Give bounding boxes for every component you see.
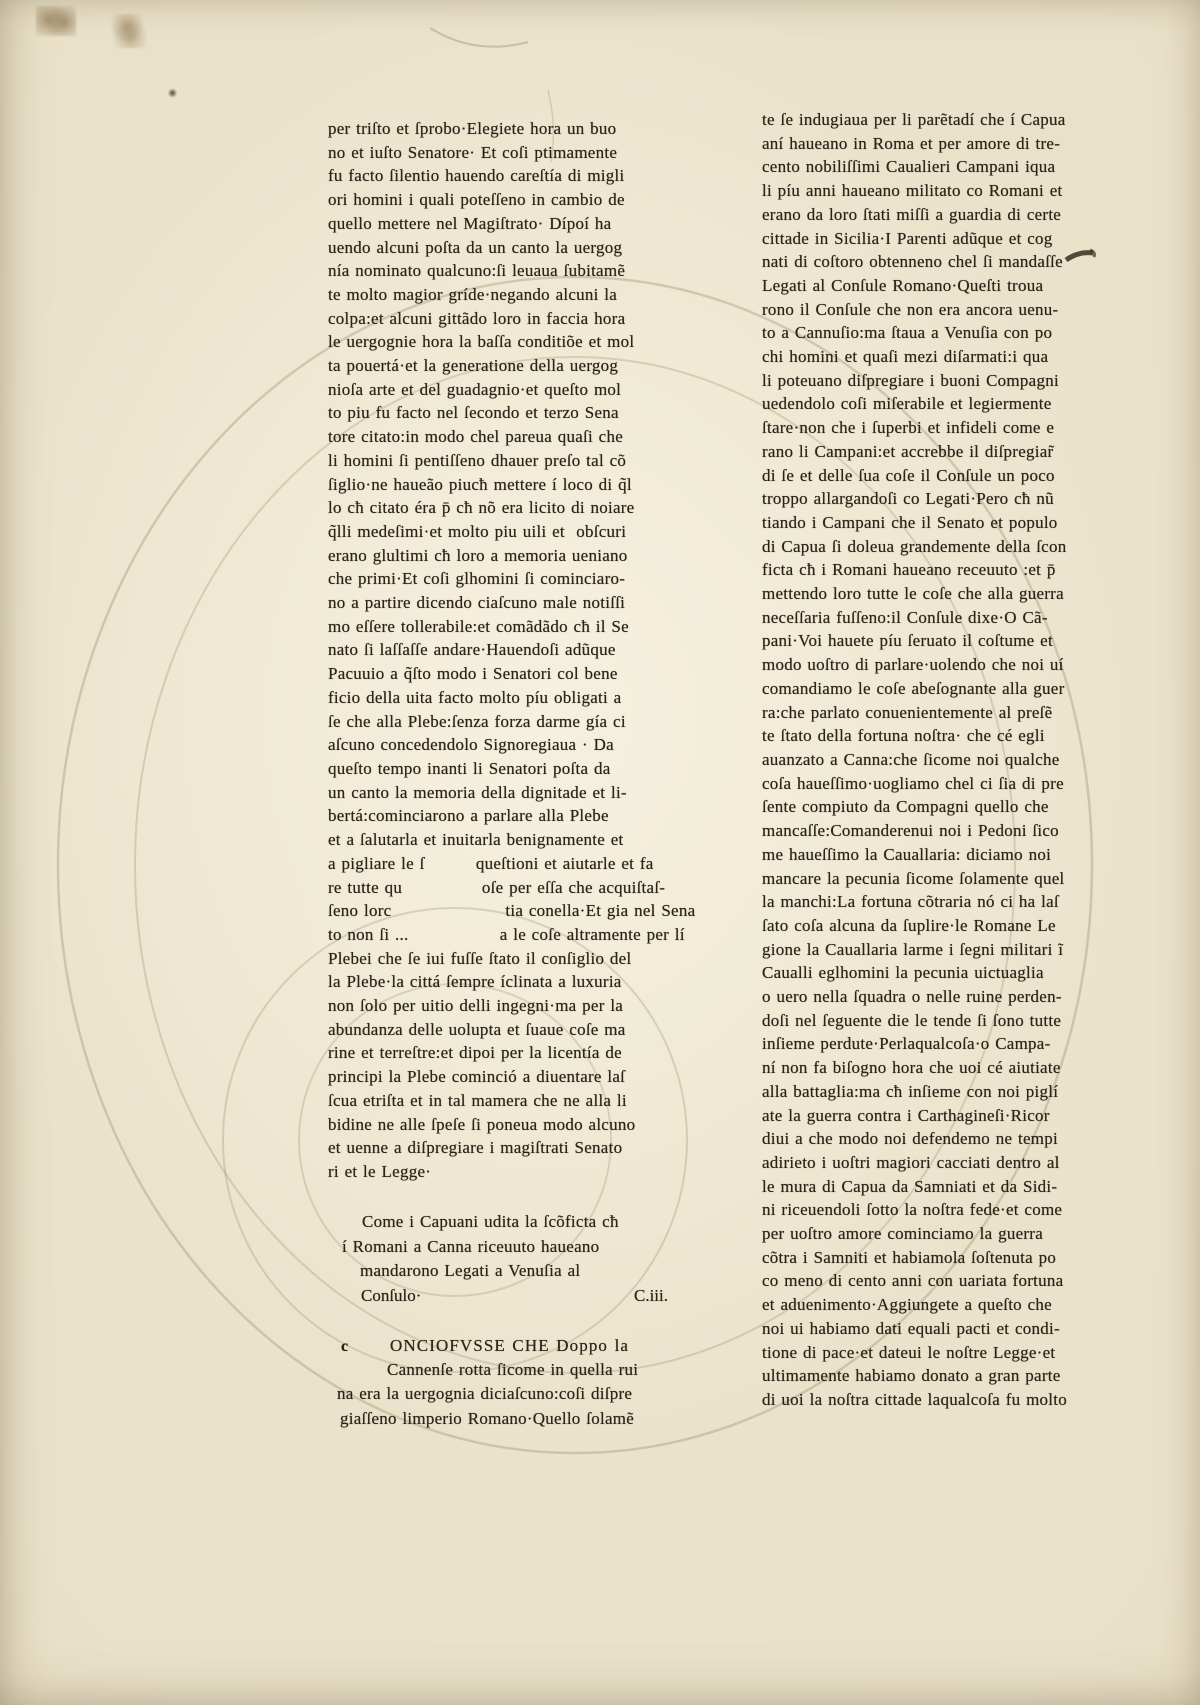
text-line: Cannenſe rotta ſicome in quella rui: [387, 1358, 673, 1382]
text-line: te molto magior gríde·negando alcuni la: [328, 283, 658, 307]
text-line: modo uoſtro di parlare·uolendo che noi u…: [762, 653, 1096, 677]
text-line: bertá:cominciarono a parlare alla Plebe: [328, 804, 658, 828]
text-line: te ſtato della fortuna noſtra· che cé eg…: [762, 724, 1096, 748]
text-line: di ſe et delle ſua coſe il Conſule un po…: [762, 464, 1096, 488]
text-line: to piu fu facto nel ſecondo et terzo Sen…: [328, 401, 658, 425]
text-line: ficio della uita facto molto píu obligat…: [328, 686, 658, 710]
text-line: neceſſaria fuſſeno:il Conſule dixe·O Cã-: [762, 606, 1096, 630]
text-line: lo cħ citato éra p̄ cħ nõ era licito di …: [328, 496, 658, 520]
text-line: auanzato a Canna:che ſicome noi qualche: [762, 748, 1096, 772]
text-line: ſe che alla Plebe:ſenza forza darme gía …: [328, 710, 658, 734]
text-line: che primi·Et coſi glhomini ſi cominciaro…: [328, 567, 658, 591]
text-line: ate la guerra contra i Carthagineſi·Rico…: [762, 1104, 1096, 1128]
initial-guide-letter: c: [341, 1338, 348, 1356]
text-line: ONCIOFVSSE CHE Doppo la: [390, 1334, 673, 1358]
incipit-lines: ONCIOFVSSE CHE Doppo laCannenſe rotta ſi…: [328, 1334, 673, 1431]
text-line: diui a che modo noi defendemo ne tempi: [762, 1127, 1096, 1151]
text-line: pani·Voi hauete píu ſeruato il coſtume e…: [762, 629, 1096, 653]
text-line: nati di coſtoro obtenneno chel ſi mandaſ…: [762, 250, 1096, 274]
text-line: aſcuno concedendolo Signoregiaua · Da: [328, 733, 658, 757]
chapter-number: C.iii.: [634, 1284, 668, 1309]
text-line: mettendo loro tutte le coſe che alla gue…: [762, 582, 1096, 606]
text-line: uedendolo coſi miſerabile et legiermente: [762, 392, 1096, 416]
text-line: bidine ne alle ſpeſe ſi poneua modo alcu…: [328, 1113, 658, 1137]
text-line: mandarono Legati a Venuſia al: [360, 1259, 668, 1284]
incunabulum-page-scan: per triſto et ſprobo·Elegiete hora un bu…: [0, 0, 1200, 1705]
text-line: ni riceuendoli ſotto la noſtra fede·et c…: [762, 1198, 1096, 1222]
text-line: queſto tempo inanti li Senatori poſta da: [328, 757, 658, 781]
text-line: to a Cannuſio:ma ſtaua a Venuſia con po: [762, 321, 1096, 345]
text-line: ſcua etriſta et in tal mamera che ne all…: [328, 1089, 658, 1113]
text-line: di uoi la noſtra cittade laqualcoſa fu m…: [762, 1388, 1096, 1412]
chapter-heading-lines: Come i Capuani udita la ſcõficta cħí Rom…: [328, 1210, 668, 1284]
text-line: cõtra i Samniti et habiamola ſoſtenuta p…: [762, 1246, 1096, 1270]
text-line: nía nominato qualcuno:ſi leuaua ſubitamẽ: [328, 259, 658, 283]
text-line: gione la Cauallaria larme i ſegni milita…: [762, 938, 1096, 962]
text-line: li poteuano diſpregiare i buoni Compagni: [762, 369, 1096, 393]
text-line: le mura di Capua da Samniati et da Sidi-: [762, 1175, 1096, 1199]
text-line: a pigliare le ſ queſtioni et aiutarle et…: [328, 852, 658, 876]
text-line: adirieto i uoſtri magiori cacciati dentr…: [762, 1151, 1096, 1175]
text-line: quello mettere nel Magiſtrato· Dípoí ha: [328, 212, 658, 236]
text-line: ra:che parlato conuenientemente al preſẽ: [762, 701, 1096, 725]
text-line: giaſſeno limperio Romano·Quello ſolamẽ: [340, 1407, 673, 1431]
text-line: et a ſalutarla et inuitarla benignamente…: [328, 828, 658, 852]
text-line: ta pouertá·et la generatione della uergo…: [328, 354, 658, 378]
text-line: la Plebe·la cittá ſempre íclinata a luxu…: [328, 970, 658, 994]
ink-smudge: [36, 6, 76, 36]
text-line: ſiglio·ne haueão piucħ mettere í loco di…: [328, 473, 658, 497]
text-line: doſi nel ſeguente die le tende ſi ſono t…: [762, 1009, 1096, 1033]
text-line: ori homini i quali poteſſeno in cambio d…: [328, 188, 658, 212]
text-line: na era la uergognia diciaſcuno:coſi diſp…: [337, 1382, 673, 1406]
text-line: te ſe indugiaua per li parẽtadí che í Ca…: [762, 108, 1096, 132]
right-column-lines: te ſe indugiaua per li parẽtadí che í Ca…: [762, 108, 1096, 1412]
text-line: mo eſſere tollerabile:et comãdãdo cħ il …: [328, 615, 658, 639]
text-line: nato ſi laſſaſſe andare·Hauendoſi adũque: [328, 638, 658, 662]
text-line: ſeno lorc tia conella·Et gia nel Sena: [328, 899, 658, 923]
text-line: chi homini et quaſi mezi diſarmati:i qua: [762, 345, 1096, 369]
text-line: co meno di cento anni con uariata fortun…: [762, 1269, 1096, 1293]
text-line: cittade in Sicilia·I Parenti adũque et c…: [762, 227, 1096, 251]
text-line: le uergognie hora la baſſa conditiõe et …: [328, 330, 658, 354]
chapter-heading-last-line: Conſulo· C.iii.: [361, 1284, 668, 1309]
text-line: mancare la pecunia ſicome ſolamente quel: [762, 867, 1096, 891]
text-line: rine et terreſtre:et dipoi per la licent…: [328, 1041, 658, 1065]
text-line: Come i Capuani udita la ſcõficta cħ: [362, 1210, 668, 1235]
text-line: rono il Conſule che non era ancora uenu-: [762, 298, 1096, 322]
right-text-column: te ſe indugiaua per li parẽtadí che í Ca…: [762, 108, 1096, 1412]
text-line: tiando i Campani che il Senato et populo: [762, 511, 1096, 535]
scratch-mark: [430, 28, 528, 47]
ink-smudge: [112, 14, 146, 48]
text-line: ultimamente habiamo donato a gran parte: [762, 1364, 1096, 1388]
text-line: principi la Plebe cominció a diuentare l…: [328, 1065, 658, 1089]
text-line: ri et le Legge·: [328, 1160, 658, 1184]
chapter-heading: Come i Capuani udita la ſcõficta cħí Rom…: [328, 1210, 668, 1308]
text-line: coſa haueſſimo·uogliamo chel ci ſia di p…: [762, 772, 1096, 796]
text-line: noi ui habiamo dati equali pacti et cond…: [762, 1317, 1096, 1341]
text-line: no a partire dicendo ciaſcuno male notiſ…: [328, 591, 658, 615]
text-line: rano li Campani:et accrebbe il diſpregia…: [762, 440, 1096, 464]
text-line: o uero nella ſquadra o nelle ruine perde…: [762, 985, 1096, 1009]
text-line: per triſto et ſprobo·Elegiete hora un bu…: [328, 117, 658, 141]
text-line: abundanza delle uolupta et ſuaue coſe ma: [328, 1018, 658, 1042]
text-line: mancaſſe:Comanderenui noi i Pedoni ſico: [762, 819, 1096, 843]
text-line: Plebei che ſe iui fuſſe ſtato il conſigl…: [328, 947, 658, 971]
text-line: Caualli eglhomini la pecunia uictuaglia: [762, 961, 1096, 985]
text-line: erano glultimi cħ loro a memoria ueniano: [328, 544, 658, 568]
text-line: aní haueano in Roma et per amore di tre-: [762, 132, 1096, 156]
text-line: un canto la memoria della dignitade et l…: [328, 781, 658, 805]
text-line: colpa:et alcuni gittãdo loro in faccia h…: [328, 307, 658, 331]
text-line: di Capua ſi doleua grandemente della ſco…: [762, 535, 1096, 559]
text-line: inſieme perdute·Perlaqualcoſa·o Campa-: [762, 1032, 1096, 1056]
text-line: q̃lli medeſimi·et molto piu uili et obſc…: [328, 520, 658, 544]
text-line: ficta cħ i Romani haueano receuuto :et p…: [762, 558, 1096, 582]
text-line: ſente compiuto da Compagni quello che: [762, 795, 1096, 819]
text-line: Legati al Conſule Romano·Queſti troua: [762, 274, 1096, 298]
text-line: troppo allargandoſi co Legati·Pero cħ nũ: [762, 487, 1096, 511]
ink-dot: [168, 88, 177, 98]
text-line: í Romani a Canna riceuuto haueano: [342, 1235, 668, 1260]
text-line: la manchi:La fortuna cõtraria nó ci ha l…: [762, 890, 1096, 914]
text-line: ſato coſa alcuna da ſuplire·le Romane Le: [762, 914, 1096, 938]
text-line: li homini ſi pentiſſeno dhauer preſo tal…: [328, 449, 658, 473]
text-line: comandiamo le coſe abeſognante alla guer: [762, 677, 1096, 701]
text-line: nioſa arte et del guadagnio·et queſto mo…: [328, 378, 658, 402]
text-line: Pacuuio a q̃ſto modo i Senatori col bene: [328, 662, 658, 686]
text-line: ſtare·non che i ſuperbi et infideli come…: [762, 416, 1096, 440]
text-line: tore citato:in modo chel pareua quaſi ch…: [328, 425, 658, 449]
text-line: per uoſtro amore cominciamo la guerra: [762, 1222, 1096, 1246]
chapter-incipit: c ONCIOFVSSE CHE Doppo laCannenſe rotta …: [328, 1334, 673, 1431]
text-line: cento nobiliſſimi Caualieri Campani iqua: [762, 155, 1096, 179]
text-line: uendo alcuni poſta da un canto la uergog: [328, 236, 658, 260]
text-line: et uenne a diſpregiare i magiſtrati Sena…: [328, 1136, 658, 1160]
text-line: tione di pace·et dateui le noſtre Legge·…: [762, 1341, 1096, 1365]
text-line: re tutte qu oſe per eſſa che acquiſtaſ-: [328, 876, 658, 900]
left-column-lines: per triſto et ſprobo·Elegiete hora un bu…: [328, 117, 658, 1184]
text-line: et aduenimento·Aggiungete a queſto che: [762, 1293, 1096, 1317]
chapter-heading-end: Conſulo·: [361, 1284, 421, 1309]
text-line: fu facto ſilentio hauendo careſtía di mi…: [328, 164, 658, 188]
text-line: li píu anni haueano militato co Romani e…: [762, 179, 1096, 203]
text-line: ní non fa biſogno hora che uoi cé aiutia…: [762, 1056, 1096, 1080]
text-line: to non ſi ... a le coſe altramente per l…: [328, 923, 658, 947]
text-line: no et iuſto Senatore· Et coſi ptimamente: [328, 141, 658, 165]
text-line: alla battaglia:ma cħ inſieme con noi pig…: [762, 1080, 1096, 1104]
text-line: me haueſſimo la Cauallaria: diciamo noi: [762, 843, 1096, 867]
left-text-column: per triſto et ſprobo·Elegiete hora un bu…: [328, 117, 658, 1184]
text-line: non ſolo per uitio delli ingegni·ma per …: [328, 994, 658, 1018]
text-line: erano da loro ſtati miſſi a guardia di c…: [762, 203, 1096, 227]
